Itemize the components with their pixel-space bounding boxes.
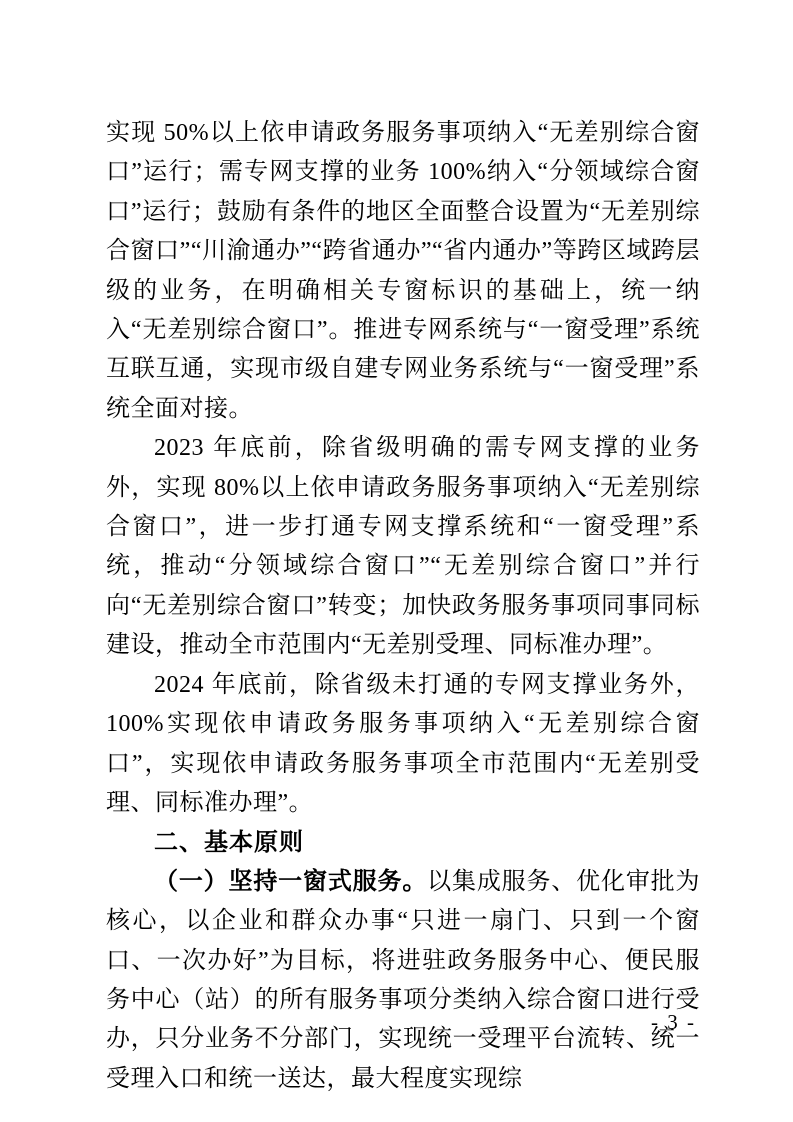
paragraph: 实现 50%以上依申请政务服务事项纳入“无差别综合窗口”运行；需专网支撑的业务 … (106, 114, 700, 429)
page-number: - 3 - (651, 1010, 696, 1035)
document-body: 实现 50%以上依申请政务服务事项纳入“无差别综合窗口”运行；需专网支撑的业务 … (106, 114, 700, 1099)
section-heading: 二、基本原则 (106, 823, 700, 862)
paragraph: 2024 年底前，除省级未打通的专网支撑业务外，100%实现依申请政务服务事项纳… (106, 666, 700, 824)
paragraph: 2023 年底前，除省级明确的需专网支撑的业务外，实现 80%以上依申请政务服务… (106, 429, 700, 665)
document-page: 实现 50%以上依申请政务服务事项纳入“无差别综合窗口”运行；需专网支撑的业务 … (0, 0, 793, 1122)
paragraph-lead: （一）坚持一窗式服务。 (154, 869, 427, 895)
paragraph: （一）坚持一窗式服务。以集成服务、优化审批为核心，以企业和群众办事“只进一扇门、… (106, 863, 700, 1099)
